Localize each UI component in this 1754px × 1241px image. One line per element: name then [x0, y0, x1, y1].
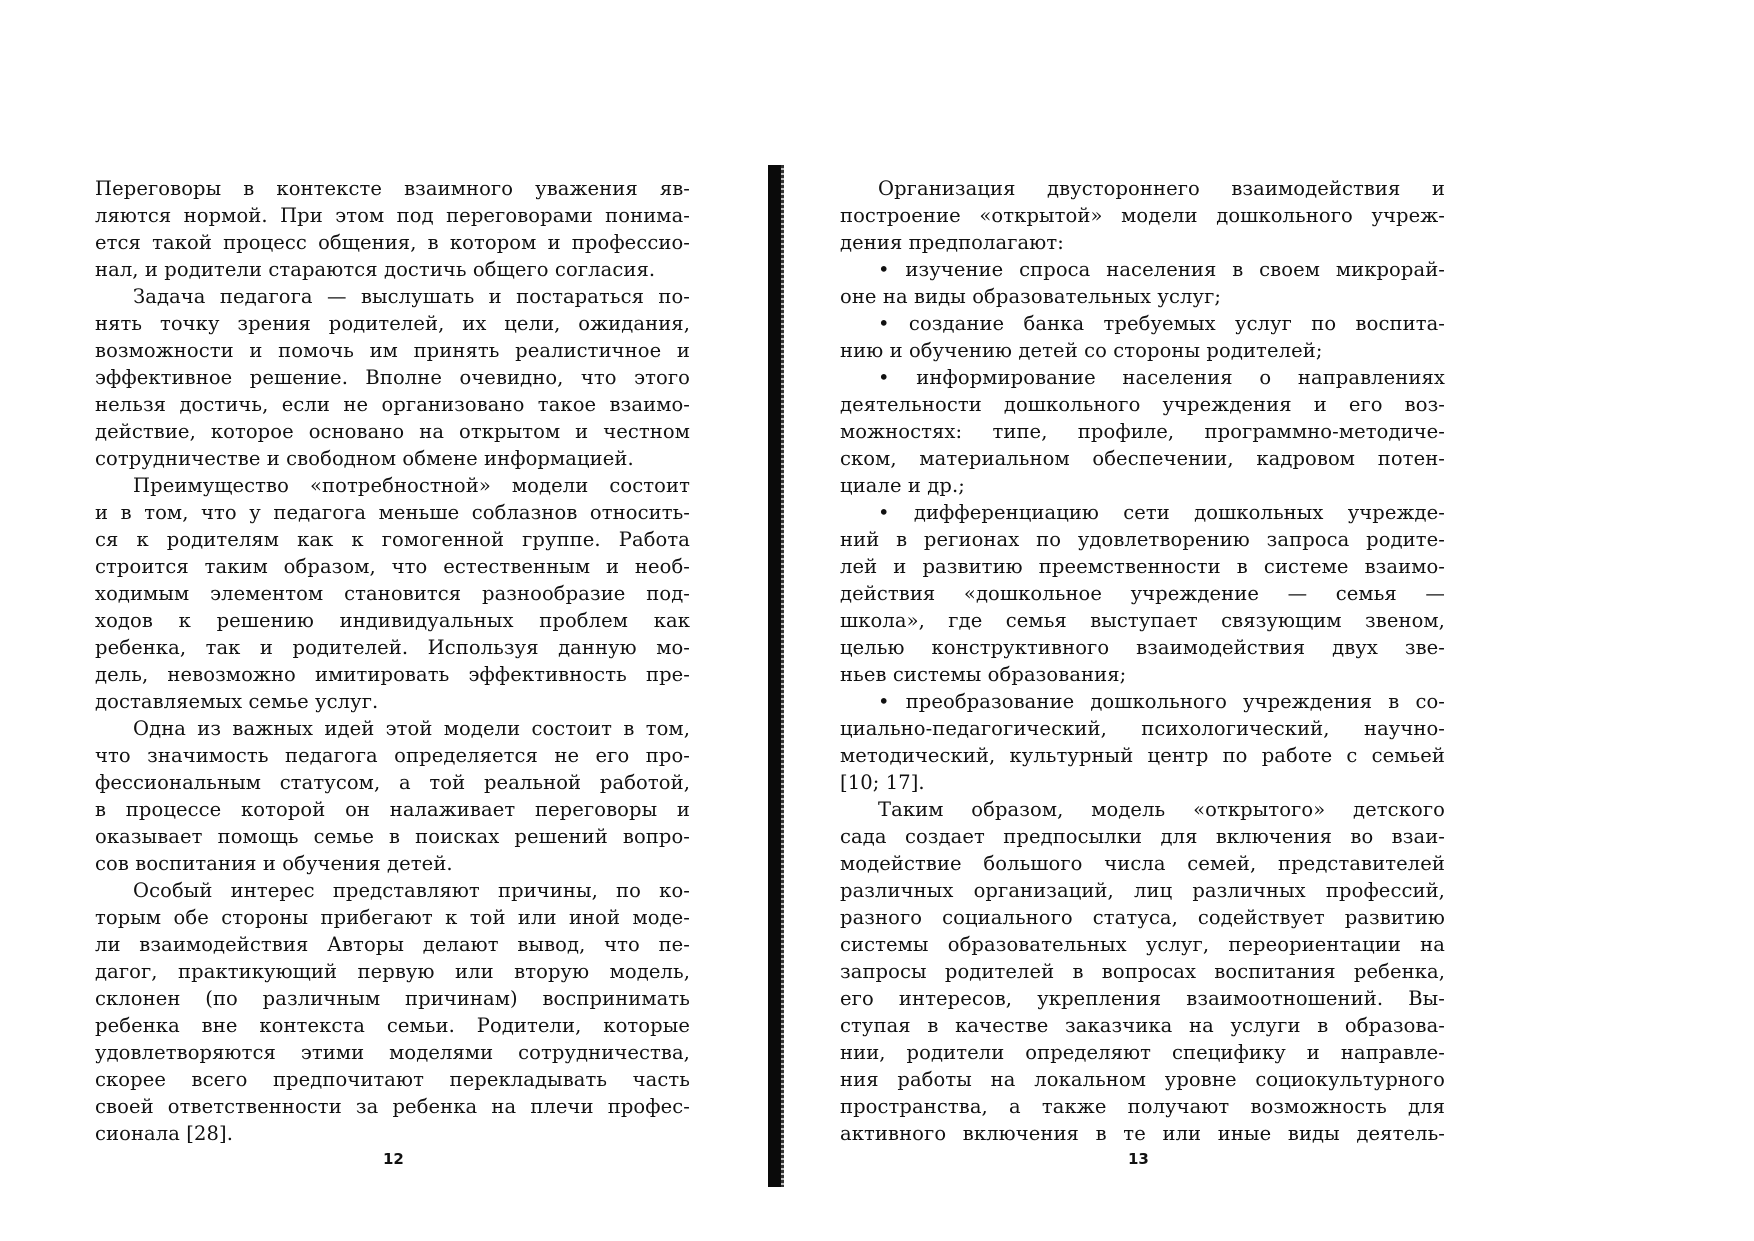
text-line: • преобразование дошкольного учреждения … — [840, 688, 1445, 715]
text-line: ляются нормой. При этом под переговорами… — [95, 202, 690, 229]
text-line: ском, материальном обеспечении, кадровом… — [840, 445, 1445, 472]
text-line: методический, культурный центр по работе… — [840, 742, 1445, 769]
text-line: сотрудничестве и свободном обмене информ… — [95, 445, 690, 472]
text-line: ли взаимодействия Авторы делают вывод, ч… — [95, 931, 690, 958]
text-line: возможности и помочь им принять реалисти… — [95, 337, 690, 364]
text-line: действие, которое основано на открытом и… — [95, 418, 690, 445]
right-page-text: Организация двустороннего взаимодействия… — [840, 175, 1445, 1147]
text-line: циале и др.; — [840, 472, 1445, 499]
text-line: различных организаций, лиц различных про… — [840, 877, 1445, 904]
text-line: оне на виды образовательных услуг; — [840, 283, 1445, 310]
text-line: ребенка вне контекста семьи. Родители, к… — [95, 1012, 690, 1039]
text-line: школа», где семья выступает связующим зв… — [840, 607, 1445, 634]
book-spine-edge — [781, 165, 784, 1187]
text-line: Таким образом, модель «открытого» детско… — [840, 796, 1445, 823]
text-line: дения предполагают: — [840, 229, 1445, 256]
text-line: ходимым элементом становится разнообрази… — [95, 580, 690, 607]
text-line: деятельности дошкольного учреждения и ег… — [840, 391, 1445, 418]
text-line: ступая в качестве заказчика на услуги в … — [840, 1012, 1445, 1039]
text-line: можностях: типе, профиле, программно-мет… — [840, 418, 1445, 445]
text-line: фессиональным статусом, а той реальной р… — [95, 769, 690, 796]
text-line: нять точку зрения родителей, их цели, ож… — [95, 310, 690, 337]
text-line: Переговоры в контексте взаимного уважени… — [95, 175, 690, 202]
text-line: оказывает помощь семье в поисках решений… — [95, 823, 690, 850]
text-line: удовлетворяются этими моделями сотруднич… — [95, 1039, 690, 1066]
text-line: доставляемых семье услуг. — [95, 688, 690, 715]
text-line: Преимущество «потребностной» модели сост… — [95, 472, 690, 499]
text-line: ний в регионах по удовлетворению запроса… — [840, 526, 1445, 553]
text-line: ния работы на локальном уровне социокуль… — [840, 1066, 1445, 1093]
text-line: сов воспитания и обучения детей. — [95, 850, 690, 877]
text-line: Задача педагога — выслушать и постаратьс… — [95, 283, 690, 310]
text-line: лей и развитию преемственности в системе… — [840, 553, 1445, 580]
text-line: Особый интерес представляют причины, по … — [95, 877, 690, 904]
text-line: сионала [28]. — [95, 1120, 690, 1147]
text-line: строится таким образом, что естественным… — [95, 553, 690, 580]
text-line: эффективное решение. Вполне очевидно, чт… — [95, 364, 690, 391]
left-page-text: Переговоры в контексте взаимного уважени… — [95, 175, 690, 1147]
text-line: ся к родителям как к гомогенной группе. … — [95, 526, 690, 553]
text-line: • изучение спроса населения в своем микр… — [840, 256, 1445, 283]
text-line: Одна из важных идей этой модели состоит … — [95, 715, 690, 742]
text-line: модействие большого числа семей, предста… — [840, 850, 1445, 877]
text-line: • информирование населения о направления… — [840, 364, 1445, 391]
text-line: своей ответственности за ребенка на плеч… — [95, 1093, 690, 1120]
text-line: в процессе которой он налаживает перегов… — [95, 796, 690, 823]
text-line: дель, невозможно имитировать эффективнос… — [95, 661, 690, 688]
text-line: ется такой процесс общения, в котором и … — [95, 229, 690, 256]
text-line: его интересов, укрепления взаимоотношени… — [840, 985, 1445, 1012]
text-line: торым обе стороны прибегают к той или ин… — [95, 904, 690, 931]
text-line: • создание банка требуемых услуг по восп… — [840, 310, 1445, 337]
text-line: разного социального статуса, содействует… — [840, 904, 1445, 931]
text-line: • дифференциацию сети дошкольных учрежде… — [840, 499, 1445, 526]
text-line: циально-педагогический, психологический,… — [840, 715, 1445, 742]
page-number-right: 13 — [1128, 1150, 1149, 1168]
text-line: дагог, практикующий первую или вторую мо… — [95, 958, 690, 985]
text-line: ребенка, так и родителей. Используя данн… — [95, 634, 690, 661]
text-line: нал, и родители стараются достичь общего… — [95, 256, 690, 283]
text-line: нии, родители определяют специфику и нап… — [840, 1039, 1445, 1066]
text-line: сада создает предпосылки для включения в… — [840, 823, 1445, 850]
text-line: нельзя достичь, если не организовано так… — [95, 391, 690, 418]
text-line: [10; 17]. — [840, 769, 1445, 796]
text-line: нию и обучению детей со стороны родителе… — [840, 337, 1445, 364]
text-line: и в том, что у педагога меньше соблазнов… — [95, 499, 690, 526]
text-line: построение «открытой» модели дошкольного… — [840, 202, 1445, 229]
text-line: запросы родителей в вопросах воспитания … — [840, 958, 1445, 985]
text-line: пространства, а также получают возможнос… — [840, 1093, 1445, 1120]
text-line: ньев системы образования; — [840, 661, 1445, 688]
text-line: ходов к решению индивидуальных проблем к… — [95, 607, 690, 634]
text-line: что значимость педагога определяется не … — [95, 742, 690, 769]
text-line: склонен (по различным причинам) восприни… — [95, 985, 690, 1012]
text-line: целью конструктивного взаимодействия дву… — [840, 634, 1445, 661]
book-spine-shadow — [768, 165, 781, 1187]
text-line: активного включения в те или иные виды д… — [840, 1120, 1445, 1147]
text-line: скорее всего предпочитают перекладывать … — [95, 1066, 690, 1093]
page-number-left: 12 — [383, 1150, 404, 1168]
text-line: системы образовательных услуг, переориен… — [840, 931, 1445, 958]
text-line: действия «дошкольное учреждение — семья … — [840, 580, 1445, 607]
text-line: Организация двустороннего взаимодействия… — [840, 175, 1445, 202]
